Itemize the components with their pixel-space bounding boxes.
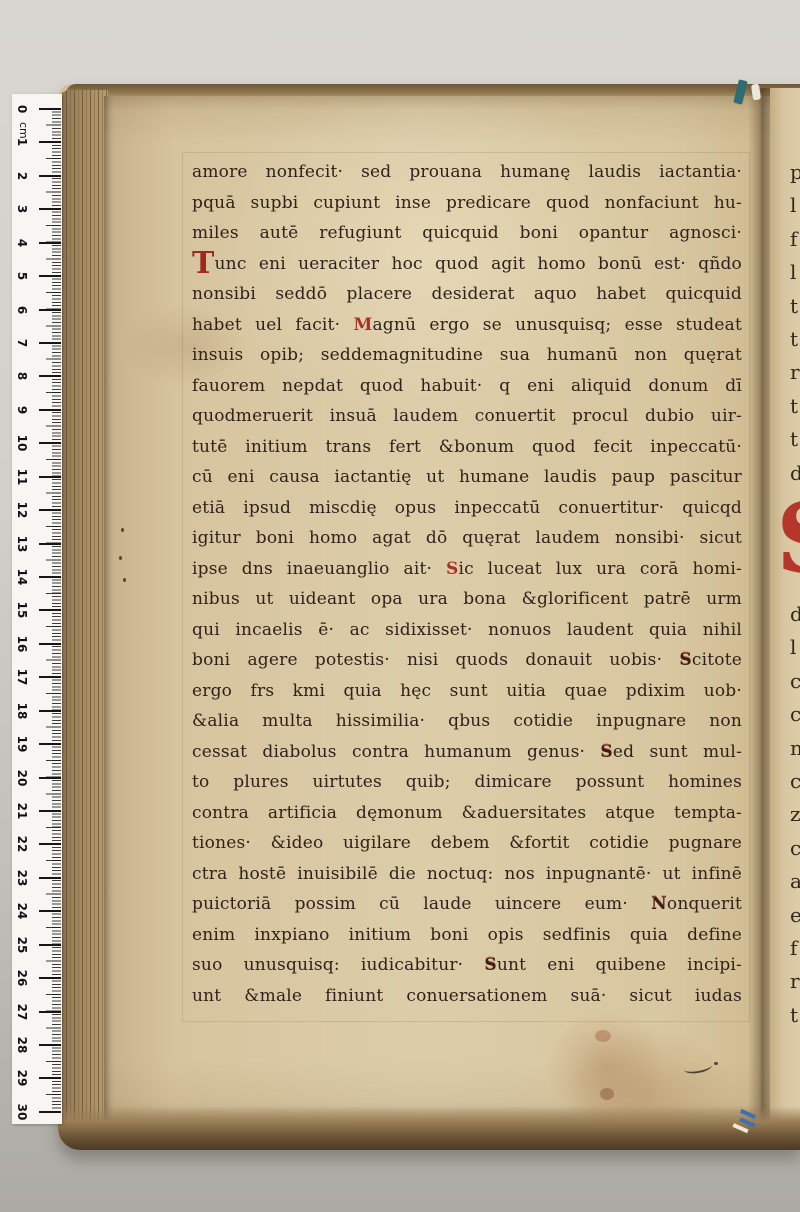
ruler-number: 24 <box>13 902 31 920</box>
ruler-cm-tick <box>39 476 61 478</box>
manuscript-line: igitur boni homo agat dō quęrat laudem n… <box>192 523 742 554</box>
line-text: onquerit <box>667 894 742 914</box>
manuscript-line: ctra hostē inuisibilē die noctuq: nos in… <box>192 859 742 890</box>
illuminated-initial: S <box>600 742 612 762</box>
ruler-cm-tick <box>39 1077 61 1079</box>
manuscript-line: fauorem nepdat quod habuit· q eni aliqui… <box>192 371 742 402</box>
facing-letter-fragment: p <box>790 162 800 182</box>
ruler-cm-tick <box>39 710 61 712</box>
facing-letter-fragment: t <box>790 396 800 416</box>
ruler-number: 5 <box>13 267 31 285</box>
line-text: ctra hostē inuisibilē die noctuq: nos in… <box>192 864 742 884</box>
ruler-cm-tick <box>39 309 61 311</box>
ruler-number: 26 <box>13 969 31 987</box>
line-text: ic luceat lux ura corā homi- <box>458 559 742 579</box>
ruler-number: 25 <box>13 936 31 954</box>
facing-letter-fragment: z <box>790 804 800 824</box>
line-text: suo unusquisq: iudicabitur· <box>192 955 484 975</box>
facing-letter-fragment: f <box>790 229 800 249</box>
facing-letter-fragment: c <box>790 704 800 724</box>
ruler-cm-tick <box>39 108 61 110</box>
manuscript-line: contra artificia dęmonum &aduersitates a… <box>192 798 742 829</box>
manuscript-line: &alia multa hissimilia· qbus cotidie inp… <box>192 706 742 737</box>
ruler-number: 16 <box>13 635 31 653</box>
facing-letter-fragment: f <box>790 938 800 958</box>
facing-letter-fragment: l <box>790 262 800 282</box>
line-text: puictoriā possim cū laude uincere eum· <box>192 894 651 914</box>
manuscript-line: amore nonfecit· sed prouana humanę laudi… <box>192 157 742 188</box>
facing-letter-fragment: t <box>790 296 800 316</box>
facing-page-fragments: plflttrttdSdlccnczcaefrt <box>770 88 800 1146</box>
manuscript-line: enim inxpiano initium boni opis sedfinis… <box>192 920 742 951</box>
ruler-number: 23 <box>13 869 31 887</box>
book-fore-edge-pages <box>58 90 108 1146</box>
ruler-cm-tick <box>39 1044 61 1046</box>
ruler-cm-tick <box>39 175 61 177</box>
line-text: enim inxpiano initium boni opis sedfinis… <box>192 925 742 945</box>
line-text: ipse dns inaeuanglio ait· <box>192 559 446 579</box>
ruler-cm-tick <box>39 643 61 645</box>
ruler-cm-tick <box>39 442 61 444</box>
manuscript-photo: plflttrttdSdlccnczcaefrt amore nonfecit·… <box>0 0 800 1212</box>
line-text: qui incaelis ē· ac sidixisset· nonuos la… <box>192 620 742 640</box>
manuscript-line: nonsibi seddō placere desiderat aquo hab… <box>192 279 742 310</box>
ruler-number: 17 <box>13 668 31 686</box>
ruler-cm-tick <box>39 1011 61 1013</box>
ruler-number: 27 <box>13 1003 31 1021</box>
ruler-cm-tick <box>39 543 61 545</box>
line-text: quodmeruerit insuā laudem conuertit proc… <box>192 406 742 426</box>
manuscript-line: boni agere potestis· nisi quods donauit … <box>192 645 742 676</box>
ruler-number: 13 <box>13 535 31 553</box>
line-text: fauorem nepdat quod habuit· q eni aliqui… <box>192 376 742 396</box>
parchment-stain <box>545 1010 665 1125</box>
manuscript-line: suo unusquisq: iudicabitur· Sunt eni qui… <box>192 950 742 981</box>
ruler-number: 1 <box>13 133 31 151</box>
line-text: igitur boni homo agat dō quęrat laudem n… <box>192 528 742 548</box>
ink-speck <box>123 578 126 582</box>
ruler-cm-tick <box>39 275 61 277</box>
ruler: cm 0123456789101112131415161718192021222… <box>12 94 62 1124</box>
page-crease <box>104 96 114 1130</box>
ruler-cm-tick <box>39 977 61 979</box>
manuscript-line: cū eni causa iactantię ut humane laudis … <box>192 462 742 493</box>
ruler-cm-tick <box>39 242 61 244</box>
ruler-cm-tick <box>39 743 61 745</box>
ruler-cm-tick <box>39 810 61 812</box>
ruler-cm-tick <box>39 208 61 210</box>
manuscript-line: Tunc eni ueraciter hoc quod agit homo bo… <box>192 249 742 280</box>
manuscript-line: unt &male finiunt conuersationem suā· si… <box>192 981 742 1012</box>
manuscript-line: pquā supbi cupiunt inse predicare quod n… <box>192 188 742 219</box>
line-text: tutē initium trans fert &bonum quod feci… <box>192 437 742 457</box>
manuscript-line: ipse dns inaeuanglio ait· Sic luceat lux… <box>192 554 742 585</box>
line-text: unt eni quibene incipi- <box>497 955 742 975</box>
ruler-number: 12 <box>13 501 31 519</box>
line-text: miles autē refugiunt quicquid boni opant… <box>192 223 742 243</box>
ruler-cm-tick <box>39 509 61 511</box>
manuscript-line: cessat diabolus contra humanum genus· Se… <box>192 737 742 768</box>
illuminated-initial: S <box>484 955 496 975</box>
facing-letter-fragment: l <box>790 637 800 657</box>
line-text: citote <box>692 650 742 670</box>
line-text: contra artificia dęmonum &aduersitates a… <box>192 803 742 823</box>
line-text: tiones· &ideo uigilare debem &fortit cot… <box>192 833 742 853</box>
facing-letter-fragment: a <box>790 871 800 891</box>
manuscript-line: ergo frs kmi quia hęc sunt uitia quae pd… <box>192 676 742 707</box>
line-text: cessat diabolus contra humanum genus· <box>192 742 600 762</box>
manuscript-line: tutē initium trans fert &bonum quod feci… <box>192 432 742 463</box>
facing-letter-fragment: d <box>790 604 800 624</box>
ruler-number: 7 <box>13 334 31 352</box>
facing-letter-fragment: r <box>790 971 800 991</box>
ruler-cm-tick <box>39 609 61 611</box>
facing-letter-fragment: t <box>790 1005 800 1025</box>
ruler-number: 28 <box>13 1036 31 1054</box>
line-text: ed sunt mul- <box>613 742 742 762</box>
manuscript-line: qui incaelis ē· ac sidixisset· nonuos la… <box>192 615 742 646</box>
ruler-number: 30 <box>13 1103 31 1121</box>
line-text: pquā supbi cupiunt inse predicare quod n… <box>192 193 742 213</box>
line-text: cū eni causa iactantię ut humane laudis … <box>192 467 742 487</box>
ruler-number: 8 <box>13 367 31 385</box>
ruler-cm-tick <box>39 944 61 946</box>
illuminated-initial: M <box>353 315 372 335</box>
line-text: &alia multa hissimilia· qbus cotidie inp… <box>192 711 742 731</box>
facing-letter-fragment: t <box>790 329 800 349</box>
line-text: amore nonfecit· sed prouana humanę laudi… <box>192 162 742 182</box>
ruler-number: 4 <box>13 234 31 252</box>
line-text: etiā ipsud miscdię opus inpeccatū conuer… <box>192 498 742 518</box>
ruler-number: 9 <box>13 401 31 419</box>
manuscript-line: insuis opib; seddemagnitudine sua humanū… <box>192 340 742 371</box>
line-text: nonsibi seddō placere desiderat aquo hab… <box>192 284 742 304</box>
manuscript-line: habet uel facit· Magnū ergo se unusquisq… <box>192 310 742 341</box>
manuscript-line: to plures uirtutes quib; dimicare possun… <box>192 767 742 798</box>
ruler-cm-tick <box>39 141 61 143</box>
illuminated-initial: S <box>446 559 458 579</box>
line-text: unc eni ueraciter hoc quod agit homo bon… <box>215 254 742 274</box>
ruler-number: 15 <box>13 601 31 619</box>
ruler-number: 3 <box>13 200 31 218</box>
ruler-number: 11 <box>13 468 31 486</box>
ruler-number: 21 <box>13 802 31 820</box>
illuminated-initial: T <box>192 246 215 281</box>
illuminated-initial: N <box>651 894 667 914</box>
facing-letter-fragment: l <box>790 195 800 215</box>
manuscript-line: puictoriā possim cū laude uincere eum· N… <box>192 889 742 920</box>
illuminated-initial: S <box>679 650 691 670</box>
facing-letter-fragment: d <box>790 463 800 483</box>
line-text: habet uel facit· <box>192 315 353 335</box>
manuscript-line: etiā ipsud miscdię opus inpeccatū conuer… <box>192 493 742 524</box>
facing-letter-fragment: n <box>790 738 800 758</box>
text-block: amore nonfecit· sed prouana humanę laudi… <box>192 157 742 1011</box>
line-text: to plures uirtutes quib; dimicare possun… <box>192 772 742 792</box>
manuscript-line: nibus ut uideant opa ura bona &glorifice… <box>192 584 742 615</box>
ruler-cm-tick <box>39 342 61 344</box>
ruler-number: 22 <box>13 835 31 853</box>
parchment-stain-dot <box>600 1088 614 1100</box>
ruler-number: 20 <box>13 769 31 787</box>
facing-letter-fragment: t <box>790 429 800 449</box>
line-text: insuis opib; seddemagnitudine sua humanū… <box>192 345 742 365</box>
ruler-cm-tick <box>39 576 61 578</box>
manuscript-line: quodmeruerit insuā laudem conuertit proc… <box>192 401 742 432</box>
line-text: boni agere potestis· nisi quods donauit … <box>192 650 679 670</box>
line-text: ergo frs kmi quia hęc sunt uitia quae pd… <box>192 681 742 701</box>
facing-letter-fragment: c <box>790 771 800 791</box>
ruler-cm-tick <box>39 409 61 411</box>
facing-initial-s: S <box>776 496 800 582</box>
facing-letter-fragment: r <box>790 362 800 382</box>
book-bottom-edge <box>58 1106 800 1150</box>
line-text: unt &male finiunt conuersationem suā· si… <box>192 986 742 1006</box>
line-text: nibus ut uideant opa ura bona &glorifice… <box>192 589 742 609</box>
facing-letter-fragment: e <box>790 905 800 925</box>
ink-squiggle-dot <box>714 1062 718 1065</box>
ruler-number: 6 <box>13 301 31 319</box>
ruler-number: 18 <box>13 702 31 720</box>
ruler-cm-tick <box>39 1111 61 1113</box>
ruler-cm-tick <box>39 910 61 912</box>
ruler-cm-tick <box>39 777 61 779</box>
ruler-cm-tick <box>39 843 61 845</box>
ruler-number: 10 <box>13 434 31 452</box>
ruler-cm-tick <box>39 375 61 377</box>
manuscript-line: miles autē refugiunt quicquid boni opant… <box>192 218 742 249</box>
ruler-number: 19 <box>13 735 31 753</box>
ruler-cm-tick <box>39 676 61 678</box>
facing-letter-fragment: c <box>790 671 800 691</box>
ruler-cm-tick <box>39 877 61 879</box>
line-text: agnū ergo se unusquisq; esse studeat <box>372 315 742 335</box>
parchment-stain-dot <box>595 1030 611 1042</box>
facing-letter-fragment: c <box>790 838 800 858</box>
ink-speck <box>121 528 124 532</box>
manuscript-line: tiones· &ideo uigilare debem &fortit cot… <box>192 828 742 859</box>
ruler-number: 29 <box>13 1069 31 1087</box>
book-gutter <box>748 88 772 1146</box>
ruler-number: 2 <box>13 167 31 185</box>
ruler-number: 14 <box>13 568 31 586</box>
ink-speck <box>119 556 122 560</box>
ruler-number: 0 <box>13 100 31 118</box>
